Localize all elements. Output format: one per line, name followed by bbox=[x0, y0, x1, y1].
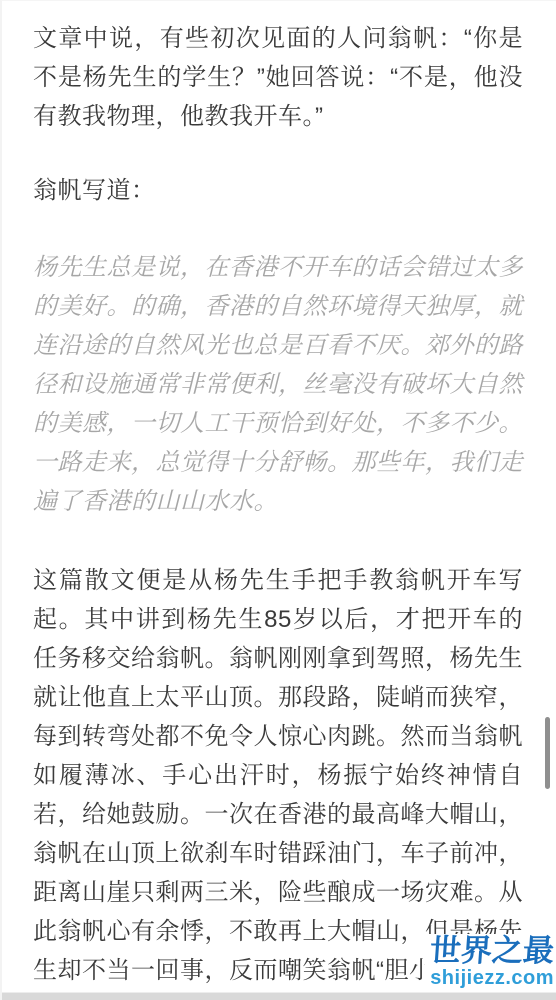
article-page: 文章中说，有些初次见面的人问翁帆：“你是不是杨先生的学生？”她回答说：“不是，他… bbox=[0, 0, 556, 1000]
scrollbar-thumb[interactable] bbox=[545, 717, 550, 789]
paragraph-wengfan-writes: 翁帆写道： bbox=[33, 171, 523, 210]
article-body: 文章中说，有些初次见面的人问翁帆：“你是不是杨先生的学生？”她回答说：“不是，他… bbox=[2, 1, 556, 990]
paragraph-essay: 这篇散文便是从杨先生手把手教翁帆开车写起。其中讲到杨先生85岁以后，才把开车的任… bbox=[33, 561, 523, 990]
quote-paragraph: 杨先生总是说，在香港不开车的话会错过太多的美好。的确，香港的自然环境得天独厚，就… bbox=[33, 248, 523, 521]
bottom-edge-divider bbox=[2, 992, 556, 1000]
watermark-logo-text: 世界之最 bbox=[429, 934, 555, 968]
site-watermark: 世界之最 shijiezz.com bbox=[425, 934, 554, 989]
watermark-domain-text: shijiezz.com bbox=[430, 968, 554, 989]
paragraph-intro: 文章中说，有些初次见面的人问翁帆：“你是不是杨先生的学生？”她回答说：“不是，他… bbox=[33, 19, 523, 136]
